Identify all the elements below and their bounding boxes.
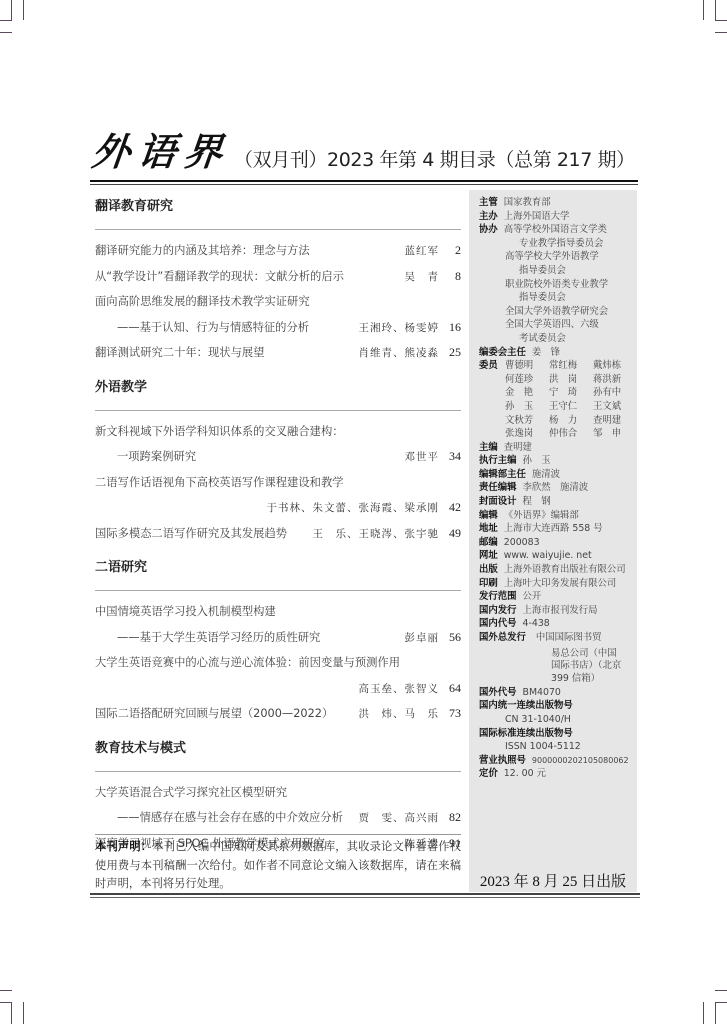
board-member-name: 文秋芳	[505, 414, 549, 428]
toc-entry-author: 高玉垒、张智义	[359, 677, 440, 703]
crop-mark-br-h2	[715, 1002, 727, 1003]
website-link[interactable]: www. waiyujie. net	[504, 549, 592, 563]
toc-entry-page: 49	[443, 521, 461, 547]
board-members-row: 金 艳宁 琦孙有中	[505, 386, 621, 400]
board-member-name: 洪 岗	[549, 373, 593, 387]
journal-logo: 外语界	[90, 130, 233, 174]
toc-entry-author: 吴 青	[405, 265, 440, 291]
info-business-license: 营业执照号9000000202105080062	[479, 754, 637, 768]
info-responsible-editors: 责任编辑李欣然 施清波	[479, 481, 637, 495]
toc-entry-title: 从“教学设计”看翻译教学的现状：文献分析的启示	[95, 264, 399, 290]
bottom-double-rule-thin	[90, 897, 640, 898]
info-supervisor: 主管国家教育部	[479, 196, 637, 210]
toc-entry-title: 二语写作话语视角下高校英语写作课程建设和教学	[95, 470, 433, 496]
board-members-row: 孙 玉王守仁王文斌	[505, 400, 621, 414]
crop-mark-bl-v2	[23, 1002, 24, 1024]
toc-entry-author: 肖维青、熊凌淼	[359, 341, 440, 367]
publication-date: 2023 年 8 月 25 日出版	[469, 870, 637, 891]
toc-entry-title: 翻译测试研究二十年：现状与展望	[95, 340, 353, 366]
toc-entry[interactable]: 二语写作话语视角下高校英语写作课程建设和教学	[95, 470, 461, 496]
info-domestic-code: 国内代号4-438	[479, 617, 637, 631]
toc-entry-author: 王湘玲、杨雯婷	[359, 316, 440, 342]
toc-entry-title: ——基于大学生英语学习经历的质性研究	[95, 625, 399, 651]
info-address: 地址上海市大连西路 558 号	[479, 522, 637, 536]
board-member-name: 张逸岗	[505, 427, 549, 441]
toc-entry-author: 邓世平	[405, 445, 440, 471]
notice-label: 本刊声明：	[95, 840, 152, 853]
board-member-name: 邹 申	[593, 427, 621, 441]
toc-entry-page: 73	[443, 701, 461, 727]
board-members-row: 何莲珍洪 岗蒋洪新	[505, 373, 621, 387]
info-board-members: 委员 曹德明常红梅戴炜栋何莲珍洪 岗蒋洪新金 艳宁 琦孙有中孙 玉王守仁王文斌文…	[479, 359, 637, 441]
info-publisher: 出版上海外语教育出版社有限公司	[479, 563, 637, 577]
toc-entry-title: 一项跨案例研究	[95, 444, 399, 470]
toc-entry[interactable]: 国际二语搭配研究回顾与展望（2000—2022）洪 炜、马 乐73	[95, 701, 461, 727]
info-executive-editor: 执行主编孙 玉	[479, 454, 637, 468]
toc-entry-page: 82	[443, 805, 461, 831]
info-printer: 印刷上海叶大印务发展有限公司	[479, 577, 637, 591]
toc-entry-page: 34	[443, 444, 461, 470]
info-co-sponsor-line: 全国大学外语教学研究会	[479, 305, 637, 319]
board-member-name: 何莲珍	[505, 373, 549, 387]
board-member-name: 杨 力	[549, 414, 593, 428]
crop-mark-br-h1	[715, 990, 727, 991]
toc-entry-author: 王 乐、王晓涔、张宇驰	[313, 522, 440, 548]
board-member-name: 宁 琦	[549, 386, 593, 400]
section-title: 外语教学	[95, 378, 461, 398]
board-member-name: 金 艳	[505, 386, 549, 400]
toc-entry[interactable]: 从“教学设计”看翻译教学的现状：文献分析的启示吴 青8	[95, 264, 461, 290]
info-editor: 编辑《外语界》编辑部	[479, 509, 637, 523]
issue-subtitle: （双月刊）2023 年第 4 期目录（总第 217 期）	[234, 146, 635, 174]
board-member-name: 查明建	[593, 414, 621, 428]
notice-divider	[95, 834, 461, 835]
sidebar-content: 主管国家教育部 主办上海外国语大学 协办高等学校外国语言文学类 专业教学指导委员…	[479, 196, 637, 781]
section-title: 二语研究	[95, 558, 461, 578]
info-co-sponsor-line: 指导委员会	[479, 264, 637, 278]
info-sponsor: 主办上海外国语大学	[479, 210, 637, 224]
crop-mark-tl-h2	[0, 32, 12, 33]
toc-entry[interactable]: ——基于认知、行为与情感特征的分析王湘玲、杨雯婷16	[95, 315, 461, 341]
section-divider	[95, 229, 461, 230]
crop-mark-tr-h2	[715, 32, 727, 33]
crop-mark-br-v2	[715, 1002, 716, 1024]
toc-entry[interactable]: ——基于大学生英语学习经历的质性研究彭卓丽56	[95, 625, 461, 651]
info-website: 网址www. waiyujie. net	[479, 549, 637, 563]
toc-entry-page: 8	[443, 264, 461, 290]
info-co-sponsor-line: 高等学校大学外语教学	[479, 250, 637, 264]
toc-entry-title: 大学生英语竞赛中的心流与逆心流体验：前因变量与预测作用	[95, 650, 433, 676]
info-overseas-line: 国际书店）（北京	[479, 659, 637, 673]
toc-entry[interactable]: 翻译研究能力的内涵及其培养：理念与方法蓝红军2	[95, 238, 461, 264]
board-members-row: 文秋芳杨 力查明建	[505, 414, 621, 428]
section-divider	[95, 590, 461, 591]
toc-entry-title: 面向高阶思维发展的翻译技术教学实证研究	[95, 289, 433, 315]
toc-entry-page: 42	[443, 495, 461, 521]
info-overseas-distributor: 国外总发行中国国际图书贸	[479, 631, 637, 645]
crop-mark-tl-h1	[0, 20, 12, 21]
info-editor-in-chief: 主编查明建	[479, 441, 637, 455]
info-overseas-line: 易总公司（中国	[479, 645, 637, 659]
toc-entry-page: 2	[443, 238, 461, 264]
toc-entry[interactable]: 大学生英语竞赛中的心流与逆心流体验：前因变量与预测作用	[95, 650, 461, 676]
toc-entry-title: ——基于认知、行为与情感特征的分析	[95, 315, 353, 341]
info-cn-value: CN 31-1040/H	[479, 713, 637, 727]
board-member-name: 孙有中	[593, 386, 621, 400]
info-co-sponsor-line: 职业院校外语类专业教学	[479, 278, 637, 292]
toc-entry-title: ——情感存在感与社会存在感的中介效应分析	[95, 805, 353, 831]
info-issn-value: ISSN 1004-5112	[479, 740, 637, 754]
toc-entry-author: 蓝红军	[405, 239, 440, 265]
toc-entry[interactable]: 大学英语混合式学习探究社区模型研究	[95, 780, 461, 806]
toc-entry-author: 贾 雯、高兴雨	[359, 806, 440, 832]
toc-entry[interactable]: 于书林、朱文蕾、张海霞、梁承刚42	[95, 495, 461, 521]
bottom-double-rule	[90, 893, 640, 895]
toc-entry-title: 中国情境英语学习投入机制模型构建	[95, 599, 433, 625]
board-member-name: 孙 玉	[505, 400, 549, 414]
toc-entry-title: 国际二语搭配研究回顾与展望（2000—2022）	[95, 701, 353, 727]
info-office-director: 编辑部主任施清波	[479, 468, 637, 482]
section-divider	[95, 771, 461, 772]
board-member-name: 蒋洪新	[593, 373, 621, 387]
toc-entry[interactable]: 中国情境英语学习投入机制模型构建	[95, 599, 461, 625]
crop-mark-tr-h1	[715, 20, 727, 21]
info-issn-label: 国际标准连续出版物号	[479, 727, 637, 741]
toc-entry-title: 大学英语混合式学习探究社区模型研究	[95, 780, 433, 806]
info-postcode: 邮编200083	[479, 536, 637, 550]
info-co-sponsor-line: 专业教学指导委员会	[479, 237, 637, 251]
section-divider	[95, 410, 461, 411]
masthead: 外语界 （双月刊）2023 年第 4 期目录（总第 217 期）	[92, 128, 638, 174]
board-member-name: 常红梅	[549, 359, 593, 373]
table-of-contents: 翻译教育研究翻译研究能力的内涵及其培养：理念与方法蓝红军2从“教学设计”看翻译教…	[95, 185, 461, 856]
info-overseas-code: 国外代号BM4070	[479, 686, 637, 700]
toc-entry[interactable]: 翻译测试研究二十年：现状与展望肖维青、熊凌淼25	[95, 340, 461, 366]
crop-mark-bl-v1	[11, 1002, 12, 1024]
info-cn-label: 国内统一连续出版物号	[479, 699, 637, 713]
board-member-name: 戴炜栋	[593, 359, 621, 373]
info-co-sponsor-line: 全国大学英语四、六级	[479, 318, 637, 332]
toc-entry[interactable]: 国际多模态二语写作研究及其发展趋势王 乐、王晓涔、张宇驰49	[95, 521, 461, 547]
crop-mark-bl-h1	[0, 990, 12, 991]
toc-entry[interactable]: ——情感存在感与社会存在感的中介效应分析贾 雯、高兴雨82	[95, 805, 461, 831]
info-board-chair: 编委会主任姜 锋	[479, 346, 637, 360]
toc-entry-author: 于书林、朱文蕾、张海霞、梁承刚	[267, 496, 440, 522]
info-co-sponsor: 协办高等学校外国语言文学类	[479, 223, 637, 237]
info-price: 定价12. 00 元	[479, 767, 637, 781]
crop-mark-br-v1	[703, 1002, 704, 1024]
toc-entry-page: 56	[443, 625, 461, 651]
section-title: 翻译教育研究	[95, 197, 461, 217]
toc-entry-title: 翻译研究能力的内涵及其培养：理念与方法	[95, 238, 399, 264]
toc-entry-page: 25	[443, 340, 461, 366]
board-members-row: 张逸岗仲伟合邹 申	[505, 427, 621, 441]
section-title: 教育技术与模式	[95, 739, 461, 759]
board-members-grid: 曹德明常红梅戴炜栋何莲珍洪 岗蒋洪新金 艳宁 琦孙有中孙 玉王守仁王文斌文秋芳杨…	[505, 359, 621, 441]
info-co-sponsor-line: 指导委员会	[479, 291, 637, 305]
masthead-info-sidebar: 主管国家教育部 主办上海外国语大学 协办高等学校外国语言文学类 专业教学指导委员…	[469, 190, 637, 892]
toc-entry-page: 16	[443, 315, 461, 341]
toc-entry-author: 彭卓丽	[405, 626, 440, 652]
toc-entry[interactable]: 一项跨案例研究邓世平34	[95, 444, 461, 470]
crop-mark-tl-v1	[11, 0, 12, 20]
info-domestic-distribution: 国内发行上海市报刊发行局	[479, 604, 637, 618]
toc-entry[interactable]: 高玉垒、张智义64	[95, 676, 461, 702]
info-cover-design: 封面设计程 钢	[479, 495, 637, 509]
toc-entry[interactable]: 新文科视域下外语学科知识体系的交叉融合建构：	[95, 419, 461, 445]
toc-entry-page: 64	[443, 676, 461, 702]
info-overseas-line: 399 信箱）	[479, 672, 637, 686]
info-co-sponsor-line: 考试委员会	[479, 332, 637, 346]
toc-entry-author: 洪 炜、马 乐	[359, 702, 440, 728]
board-member-name: 王守仁	[549, 400, 593, 414]
toc-entry[interactable]: 面向高阶思维发展的翻译技术教学实证研究	[95, 289, 461, 315]
copyright-notice: 本刊声明：本刊已入编中国知网及其系列数据库，其收录论文作者著作权使用费与本刊稿酬…	[95, 838, 461, 894]
board-members-row: 曹德明常红梅戴炜栋	[505, 359, 621, 373]
crop-mark-tl-v2	[23, 0, 24, 20]
board-member-name: 王文斌	[593, 400, 621, 414]
crop-mark-tr-v1	[703, 0, 704, 20]
top-double-rule	[90, 180, 638, 182]
board-member-name: 曹德明	[505, 359, 549, 373]
toc-entry-title: 新文科视域下外语学科知识体系的交叉融合建构：	[95, 419, 433, 445]
board-member-name: 仲伟合	[549, 427, 593, 441]
toc-entry-title: 国际多模态二语写作研究及其发展趋势	[95, 521, 307, 547]
info-distribution-scope: 发行范围公开	[479, 590, 637, 604]
crop-mark-tr-v2	[715, 0, 716, 20]
